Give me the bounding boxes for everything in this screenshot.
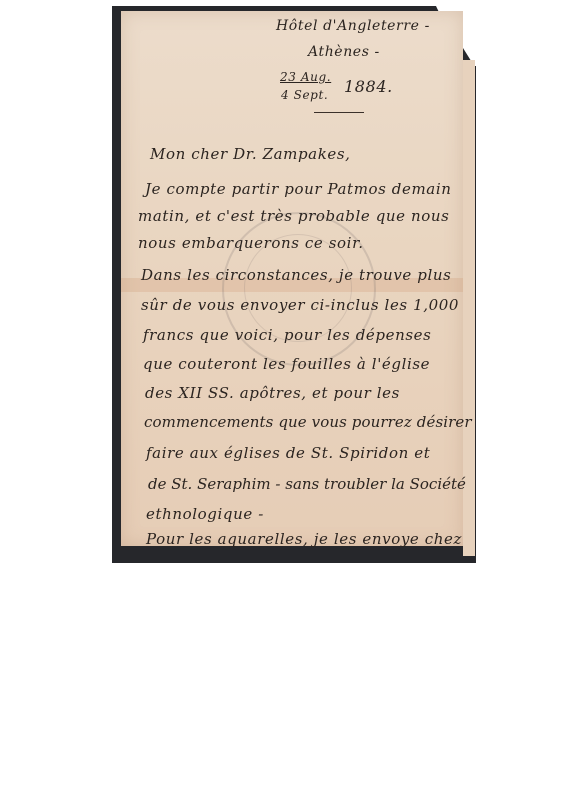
letter-line: Pour les aquarelles, je les envoye chez: [146, 530, 462, 548]
letter-line: commencements que vous pourrez désirer: [144, 413, 472, 431]
letter-line: que couteront les fouilles à l'église: [143, 355, 430, 373]
letter-line: des XII SS. apôtres, et pour les: [145, 384, 400, 402]
letter-line: nous embarquerons ce soir.: [138, 234, 364, 252]
letter-place: Hôtel d'Angleterre -: [276, 18, 430, 34]
letter-city: Athènes -: [308, 44, 380, 60]
letter-line: ethnologique -: [146, 505, 264, 523]
letter-date-top: 23 Aug.: [280, 70, 331, 84]
letter-date-bottom: 4 Sept.: [281, 88, 328, 102]
letter-line: de St. Seraphim - sans troubler la Socié…: [148, 475, 466, 493]
letter-line: matin, et c'est très probable que nous: [138, 207, 449, 225]
letter-line: Dans les circonstances, je trouve plus: [141, 266, 451, 284]
letter-line: sûr de vous envoyer ci-inclus les 1,000: [141, 296, 459, 314]
letter-year: 1884.: [344, 77, 393, 96]
letter-line: francs que voici, pour les dépenses: [143, 326, 431, 344]
header-rule: [314, 112, 364, 113]
letter-line: faire aux églises de St. Spiridon et: [146, 444, 430, 462]
letter-salutation: Mon cher Dr. Zampakes,: [150, 145, 351, 163]
letter-line: Je compte partir pour Patmos demain: [145, 180, 452, 198]
